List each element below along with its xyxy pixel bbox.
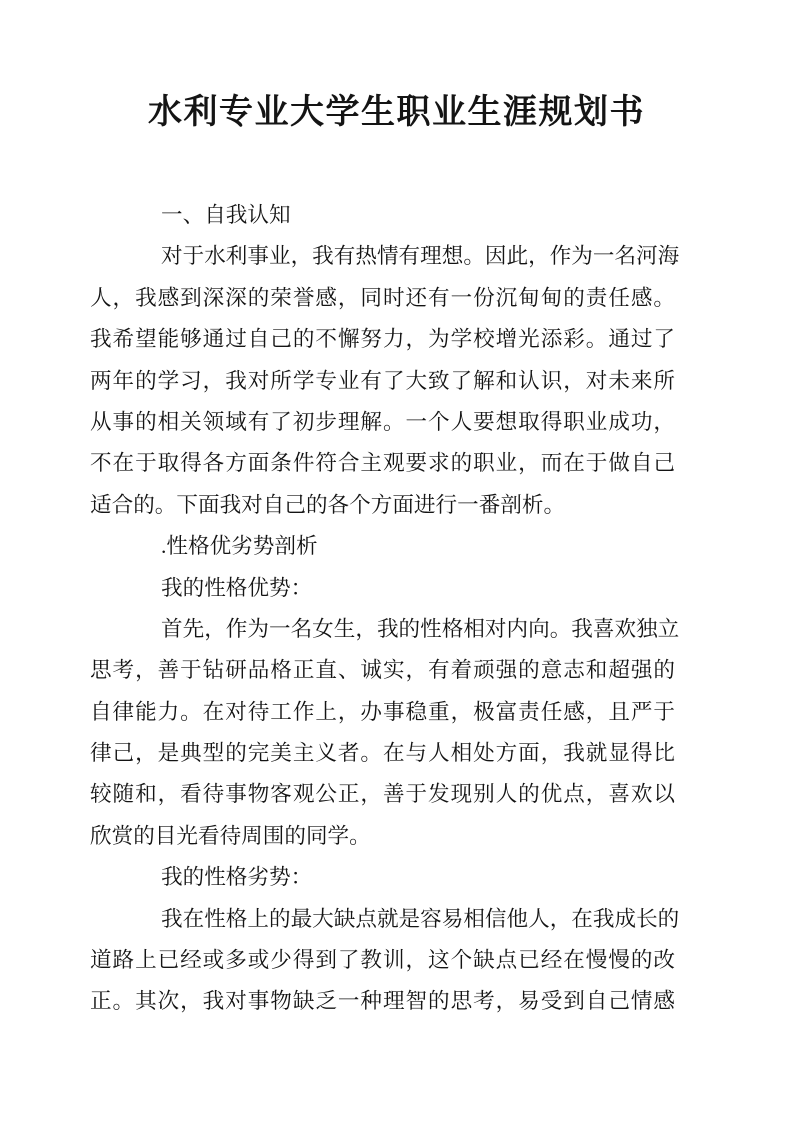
- sub-heading: 我的性格劣势：: [90, 857, 675, 898]
- text-line: 我在性格上的最大缺点就是容易相信他人，在我成长的: [90, 899, 675, 940]
- text-line: 自律能力。在对待工作上，办事稳重，极富责任感，且严于: [90, 692, 675, 733]
- text-line: 道路上已经或多或少得到了教训，这个缺点已经在慢慢的改: [90, 940, 675, 981]
- document-title: 水利专业大学生职业生涯规划书: [0, 0, 793, 134]
- text-line: 律己，是典型的完美主义者。在与人相处方面，我就显得比: [90, 733, 675, 774]
- text-line: 不在于取得各方面条件符合主观要求的职业，而在于做自己: [90, 443, 675, 484]
- text-line: 对于水利事业，我有热情有理想。因此，作为一名河海: [90, 236, 675, 277]
- text-line: 较随和，看待事物客观公正，善于发现别人的优点，喜欢以: [90, 774, 675, 815]
- text-line: 正。其次，我对事物缺乏一种理智的思考，易受到自己情感: [90, 981, 675, 1022]
- text-line: 适合的。下面我对自己的各个方面进行一番剖析。: [90, 485, 675, 526]
- section-heading: 一、自我认知: [90, 195, 675, 236]
- text-line: 欣赏的目光看待周围的同学。: [90, 816, 675, 857]
- sub-heading: .性格优劣势剖析: [90, 526, 675, 567]
- document-body: 一、自我认知 对于水利事业，我有热情有理想。因此，作为一名河海 人，我感到深深的…: [0, 134, 793, 1023]
- text-line: 人，我感到深深的荣誉感，同时还有一份沉甸甸的责任感。: [90, 278, 675, 319]
- text-line: 思考，善于钻研品格正直、诚实，有着顽强的意志和超强的: [90, 650, 675, 691]
- sub-heading: 我的性格优势：: [90, 568, 675, 609]
- text-line: 从事的相关领域有了初步理解。一个人要想取得职业成功，: [90, 402, 675, 443]
- text-line: 首先，作为一名女生，我的性格相对内向。我喜欢独立: [90, 609, 675, 650]
- document-page: 水利专业大学生职业生涯规划书 一、自我认知 对于水利事业，我有热情有理想。因此，…: [0, 0, 793, 1122]
- text-line: 两年的学习，我对所学专业有了大致了解和认识，对未来所: [90, 361, 675, 402]
- text-line: 我希望能够通过自己的不懈努力，为学校增光添彩。通过了: [90, 319, 675, 360]
